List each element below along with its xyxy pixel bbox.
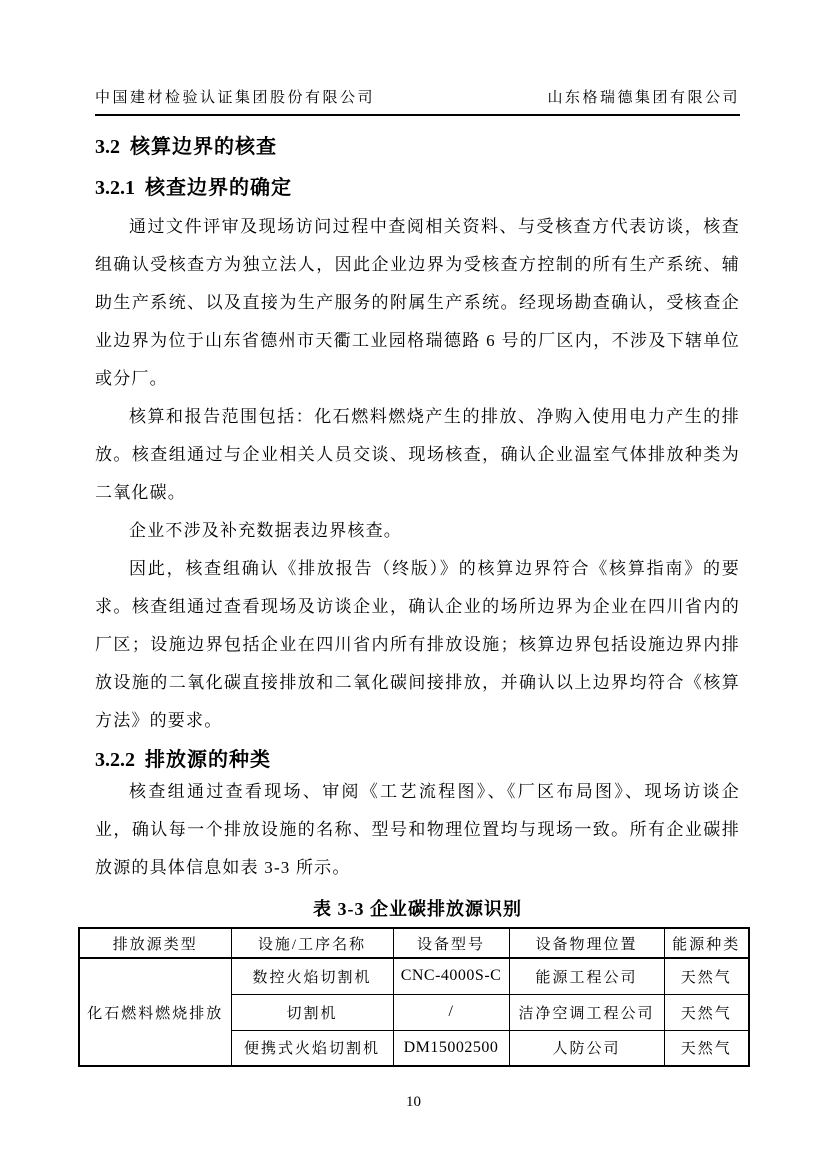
col-header-equipment-model: 设备型号: [393, 928, 509, 958]
cell-location: 洁净空调工程公司: [509, 994, 664, 1030]
section-number: 3.2.2: [95, 749, 135, 771]
cell-model: CNC-4000S-C: [393, 958, 509, 994]
col-header-energy-type: 能源种类: [664, 928, 749, 958]
cell-source-type: 化石燃料燃烧排放: [79, 958, 231, 1066]
cell-location: 人防公司: [509, 1030, 664, 1066]
col-header-source-type: 排放源类型: [79, 928, 231, 958]
header-left-company: 中国建材检验认证集团股份有限公司: [95, 86, 375, 107]
emission-source-table: 排放源类型 设施/工序名称 设备型号 设备物理位置 能源种类 化石燃料燃烧排放 …: [78, 927, 750, 1067]
cell-energy: 天然气: [664, 994, 749, 1030]
document-page: 中国建材检验认证集团股份有限公司 山东格瑞德集团有限公司 3.2核算边界的核查 …: [0, 0, 827, 1169]
paragraph-emission-sources: 核查组通过查看现场、审阅《工艺流程图》、《厂区布局图》、现场访谈企业，确认每一个…: [95, 773, 740, 887]
paragraph-boundary-confirmation: 通过文件评审及现场访问过程中查阅相关资料、与受核查方代表访谈，核查组确认受核查方…: [95, 208, 740, 398]
paragraph-boundary-conclusion: 因此，核查组确认《排放报告（终版）》的核算边界符合《核算指南》的要求。核查组通过…: [95, 550, 740, 740]
page-number: 10: [0, 1094, 827, 1111]
cell-model: /: [393, 994, 509, 1030]
section-3-2-heading: 3.2核算边界的核查: [95, 134, 740, 160]
table-row: 化石燃料燃烧排放 数控火焰切割机 CNC-4000S-C 能源工程公司 天然气: [79, 958, 749, 994]
table-header-row: 排放源类型 设施/工序名称 设备型号 设备物理位置 能源种类: [79, 928, 749, 958]
col-header-facility-name: 设施/工序名称: [231, 928, 393, 958]
section-3-2-2-heading: 3.2.2排放源的种类: [95, 747, 740, 773]
cell-location: 能源工程公司: [509, 958, 664, 994]
cell-facility: 便携式火焰切割机: [231, 1030, 393, 1066]
paragraph-reporting-scope: 核算和报告范围包括：化石燃料燃烧产生的排放、净购入使用电力产生的排放。核查组通过…: [95, 398, 740, 512]
section-number: 3.2.1: [95, 177, 135, 199]
paragraph-supplementary-data: 企业不涉及补充数据表边界核查。: [95, 512, 740, 550]
col-header-physical-location: 设备物理位置: [509, 928, 664, 958]
table-caption: 表 3-3 企业碳排放源识别: [95, 895, 740, 921]
cell-facility: 切割机: [231, 994, 393, 1030]
section-number: 3.2: [95, 136, 120, 158]
cell-facility: 数控火焰切割机: [231, 958, 393, 994]
page-header: 中国建材检验认证集团股份有限公司 山东格瑞德集团有限公司: [95, 0, 740, 116]
section-title: 核查边界的确定: [145, 177, 292, 199]
cell-energy: 天然气: [664, 958, 749, 994]
section-title: 排放源的种类: [145, 749, 271, 771]
section-title: 核算边界的核查: [130, 136, 277, 158]
section-3-2-1-heading: 3.2.1核查边界的确定: [95, 175, 740, 201]
cell-energy: 天然气: [664, 1030, 749, 1066]
cell-model: DM15002500: [393, 1030, 509, 1066]
header-right-company: 山东格瑞德集团有限公司: [547, 86, 740, 107]
content-area: 中国建材检验认证集团股份有限公司 山东格瑞德集团有限公司 3.2核算边界的核查 …: [95, 0, 740, 1067]
